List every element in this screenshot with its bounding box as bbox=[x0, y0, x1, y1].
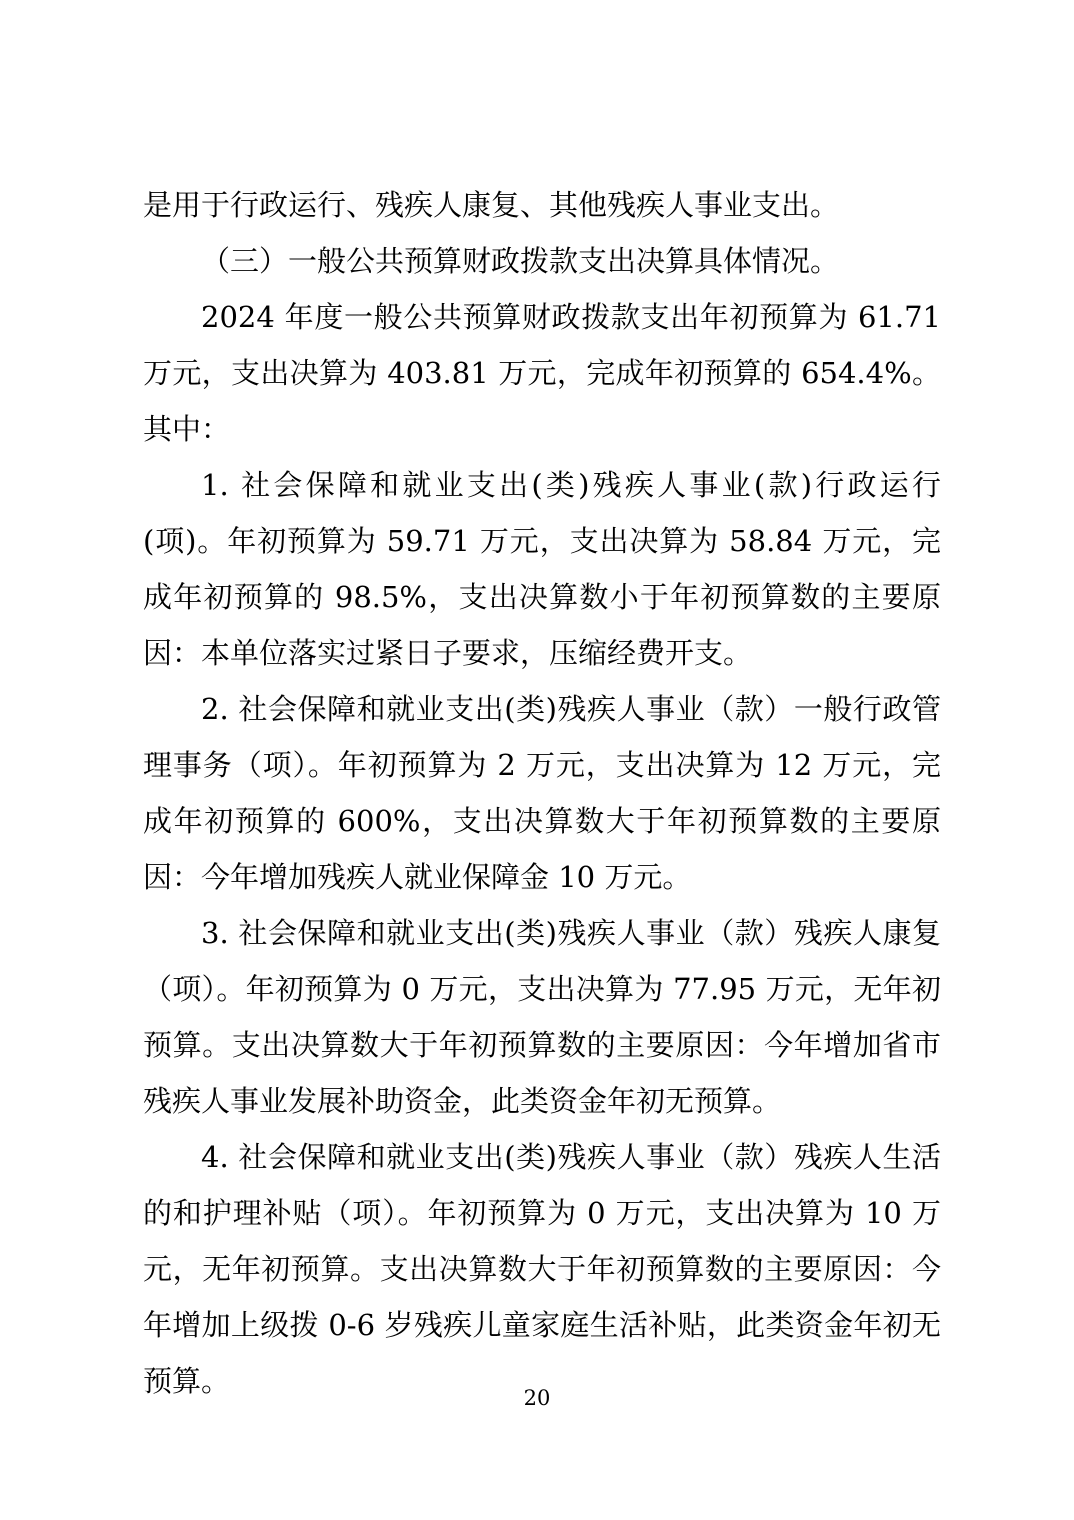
item-2-paragraph: 2. 社会保障和就业支出(类)残疾人事业（款）一般行政管理事务（项）。年初预算为… bbox=[143, 681, 941, 905]
document-text-body: 是用于行政运行、残疾人康复、其他残疾人事业支出。 （三）一般公共预算财政拨款支出… bbox=[143, 177, 941, 1409]
document-page: 是用于行政运行、残疾人康复、其他残疾人事业支出。 （三）一般公共预算财政拨款支出… bbox=[0, 0, 1074, 1520]
page-number: 20 bbox=[524, 1386, 551, 1410]
continuation-paragraph: 是用于行政运行、残疾人康复、其他残疾人事业支出。 bbox=[143, 177, 941, 233]
subsection-heading: （三）一般公共预算财政拨款支出决算具体情况。 bbox=[143, 233, 941, 289]
item-4-paragraph: 4. 社会保障和就业支出(类)残疾人事业（款）残疾人生活的和护理补贴（项）。年初… bbox=[143, 1129, 941, 1409]
summary-paragraph: 2024 年度一般公共预算财政拨款支出年初预算为 61.71 万元，支出决算为 … bbox=[143, 289, 941, 457]
item-1-paragraph: 1. 社会保障和就业支出(类)残疾人事业(款)行政运行(项)。年初预算为 59.… bbox=[143, 457, 941, 681]
item-3-paragraph: 3. 社会保障和就业支出(类)残疾人事业（款）残疾人康复（项）。年初预算为 0 … bbox=[143, 905, 941, 1129]
page-footer: 20 bbox=[0, 1384, 1074, 1412]
